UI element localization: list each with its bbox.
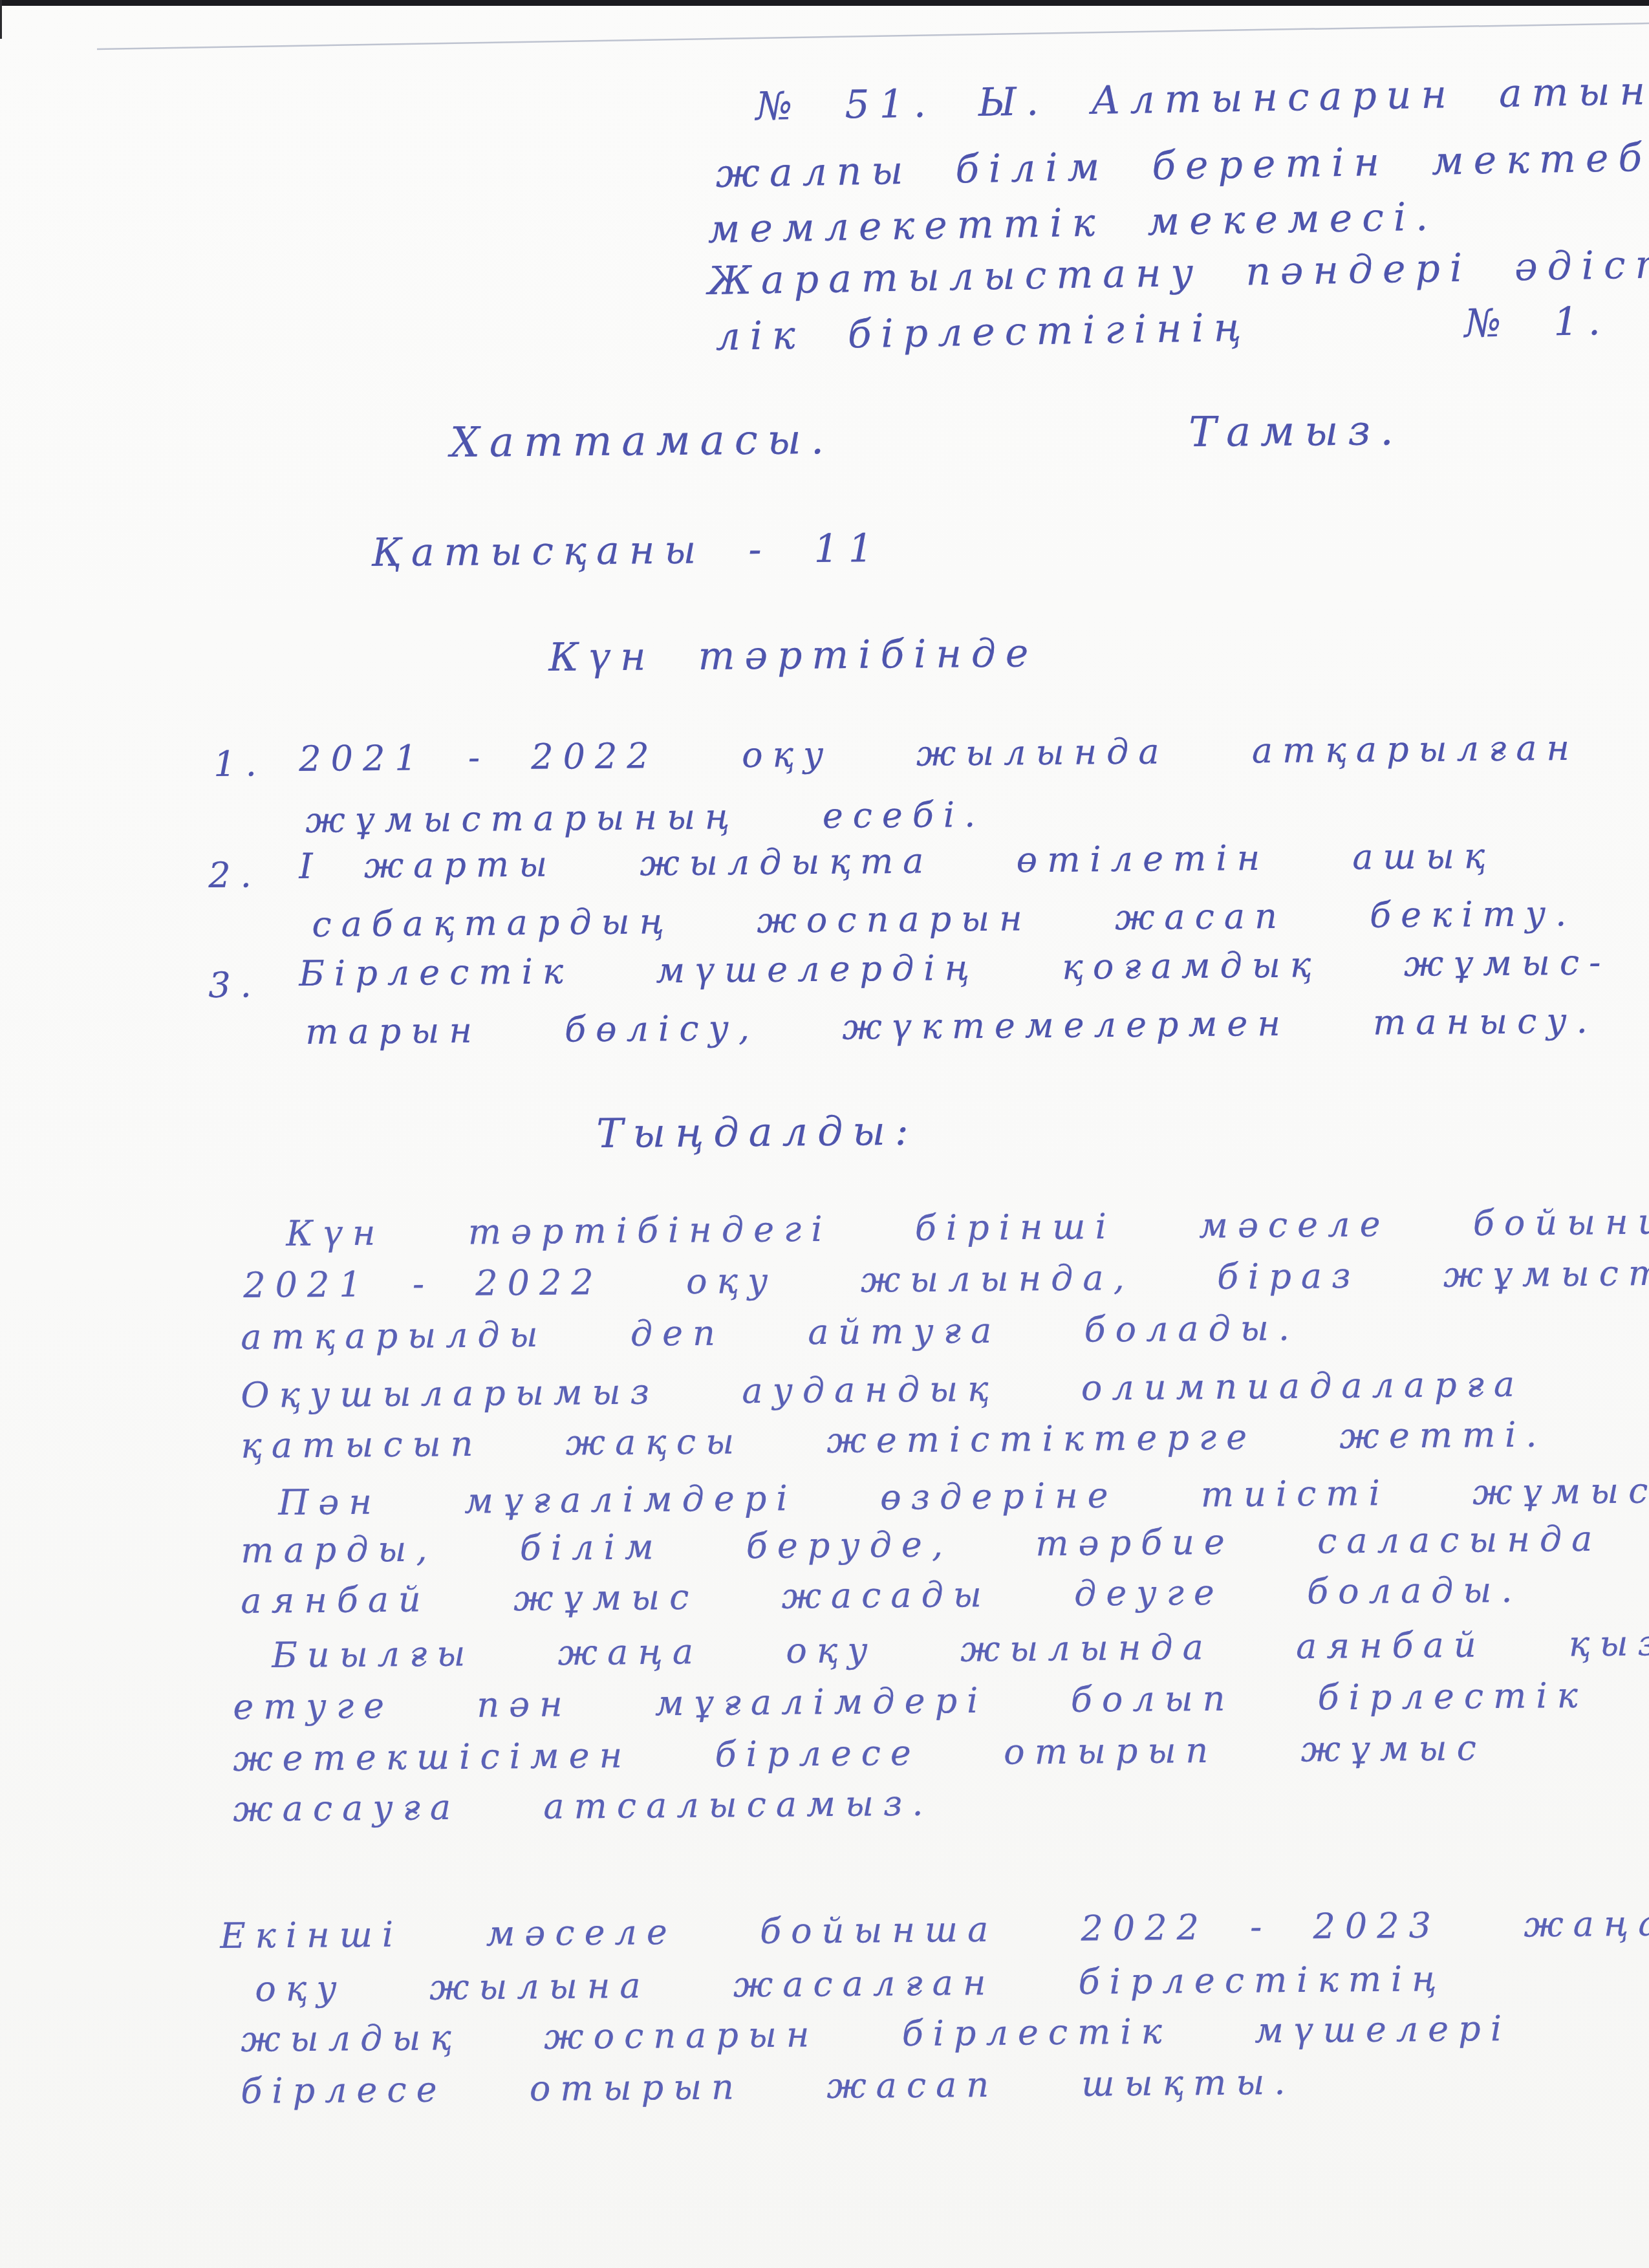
paragraph-line: Екінші мәселе бойынша 2022 - 2023 жаңа	[220, 1903, 1649, 1956]
paragraph-line: Биылғы жаңа оқу жылында аянбай қызмет	[272, 1622, 1649, 1676]
agenda-item-line: тарын бөлісу, жүктемелермен танысу.	[305, 1000, 1597, 1052]
scanner-edge-bar	[0, 0, 1649, 6]
paragraph-line: етуге пән мұғалімдері болып бірлестік	[233, 1675, 1588, 1727]
protocol-title: Хаттамасы.	[450, 416, 834, 467]
attendance-count: Қатысқаны - 11	[371, 526, 883, 576]
paragraph-line: тарды, білім беруде, тәрбие саласында	[241, 1518, 1602, 1571]
paragraph-line: жылдық жоспарын бірлестік мүшелері	[241, 2008, 1511, 2060]
school-header-line: мемлекеттік мекемесі.	[707, 194, 1438, 252]
month-label: Тамыз.	[1189, 407, 1403, 457]
paragraph-line: аянбай жұмыс жасады деуге болады.	[241, 1570, 1522, 1621]
paragraph-line: Оқушыларымыз аудандық олимпиадаларға	[241, 1364, 1524, 1416]
agenda-item-line: сабақтардың жоспарын жасап бекіту.	[312, 893, 1576, 945]
paragraph-line: жетекшісімен бірлесе отырып жұмыс	[233, 1727, 1486, 1779]
paragraph-line: бірлесе отырып жасап шықты.	[241, 2062, 1295, 2111]
paper-edge-line	[0, 0, 1649, 78]
paragraph-line: Күн тәртібіндегі бірінші мәселе бойынша	[286, 1201, 1649, 1254]
agenda-item-line: 2021 - 2022 оқу жылында атқарылған	[299, 728, 1579, 779]
paragraph-line: жасауға атсалысамыз.	[233, 1783, 933, 1830]
paragraph-line: 2021 - 2022 оқу жылында, біраз жұмыстар	[243, 1252, 1649, 1306]
paragraph-line: Пән мұғалімдері өздеріне тиісті жұмыс	[278, 1470, 1649, 1523]
paragraph-line: қатысып жақсы жетістіктерге жетті.	[241, 1414, 1547, 1466]
school-header-line: № 51. Ы. Алтынсарин атындағы	[755, 66, 1649, 129]
agenda-item-number: 1.	[213, 743, 266, 784]
agenda-item-number: 3.	[208, 964, 261, 1006]
paragraph-line: атқарылды деп айтуға болады.	[241, 1308, 1299, 1357]
agenda-item-line: Бірлестік мүшелердің қоғамдық жұмыс-	[299, 942, 1611, 994]
scanner-edge-corner	[0, 0, 2, 39]
paragraph-line: оқу жылына жасалған бірлестіктің	[255, 1958, 1447, 2009]
school-header-line: лік бірлестігінің № 1.	[715, 299, 1610, 360]
school-header-line: жалпы білім беретін мектебі	[715, 135, 1649, 197]
heard-heading: Тыңдалды:	[596, 1107, 918, 1157]
agenda-heading: Күн тәртібінде	[548, 631, 1039, 680]
agenda-item-line: жұмыстарының есебі.	[305, 794, 986, 841]
agenda-item-number: 2.	[208, 854, 261, 896]
scanned-document-page: № 51. Ы. Алтынсарин атындағы жалпы білім…	[0, 0, 1649, 2268]
agenda-item-line: І жарты жылдықта өтілетін ашық	[299, 836, 1495, 887]
